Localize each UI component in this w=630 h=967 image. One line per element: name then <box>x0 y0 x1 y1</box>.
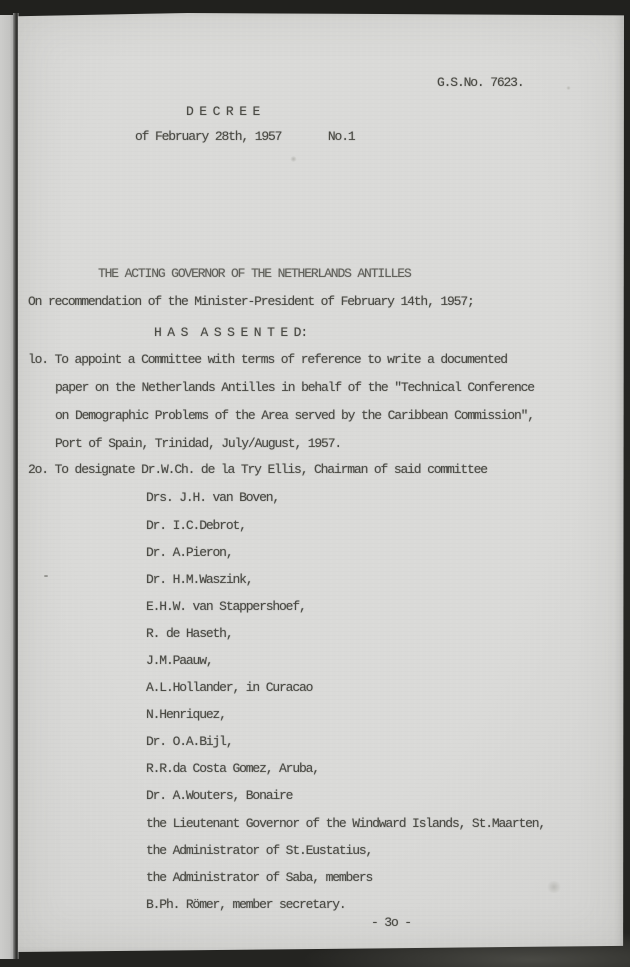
member-line: R.R.da Costa Gomez, Aruba, <box>146 761 319 776</box>
scan-speck <box>44 575 48 577</box>
member-line: the Administrator of Saba, members <box>146 870 372 885</box>
member-line: E.H.W. van Stappershoef, <box>146 599 306 614</box>
member-line: Dr. O.A.Bijl, <box>146 734 232 749</box>
item-1-line-3: on Demographic Problems of the Area serv… <box>55 408 534 423</box>
scan-speck <box>566 86 571 90</box>
scanned-book-photo: { "page": { "reference_number": "G.S.No.… <box>0 0 630 967</box>
governor-heading: THE ACTING GOVERNOR OF THE NETHERLANDS A… <box>98 266 411 281</box>
member-line: Dr. I.C.Debrot, <box>146 518 246 533</box>
item-2-line: 2o. To designate Dr.W.Ch. de la Try Elli… <box>28 462 487 477</box>
item-1-line-4: Port of Spain, Trinidad, July/August, 19… <box>55 436 341 451</box>
member-line: R. de Haseth, <box>146 626 232 641</box>
decree-title: D E C R E E <box>186 104 259 119</box>
member-line: Dr. A.Pieron, <box>146 545 232 560</box>
scan-speck <box>546 881 562 893</box>
item-1-line-1: lo. To appoint a Committee with terms of… <box>28 352 507 367</box>
member-line: Dr. A.Wouters, Bonaire <box>146 788 292 803</box>
scan-speck <box>290 156 297 162</box>
page-number: - 3o - <box>371 915 411 930</box>
member-line: B.Ph. Römer, member secretary. <box>146 897 346 912</box>
member-line: J.M.Paauw, <box>146 653 213 668</box>
reference-number: G.S.No. 7623. <box>437 75 523 90</box>
decree-date-line: of February 28th, 1957 No.1 <box>135 129 355 144</box>
member-line: the Administrator of St.Eustatius, <box>146 843 372 858</box>
previous-page-edge <box>0 15 14 959</box>
member-line: A.L.Hollander, in Curacao <box>146 680 312 695</box>
assent-heading: H A S A S S E N T E D: <box>154 325 307 340</box>
member-line: the Lieutenant Governor of the Windward … <box>146 816 545 831</box>
document-page: G.S.No. 7623. D E C R E E of February 28… <box>18 13 624 952</box>
recommendation-line: On recommendation of the Minister-Presid… <box>28 294 474 309</box>
member-line: Dr. H.M.Waszink, <box>146 572 252 587</box>
member-line: N.Henriquez, <box>146 707 226 722</box>
item-1-line-2: paper on the Netherlands Antilles in beh… <box>55 380 534 395</box>
member-line: Drs. J.H. van Boven, <box>146 490 279 505</box>
